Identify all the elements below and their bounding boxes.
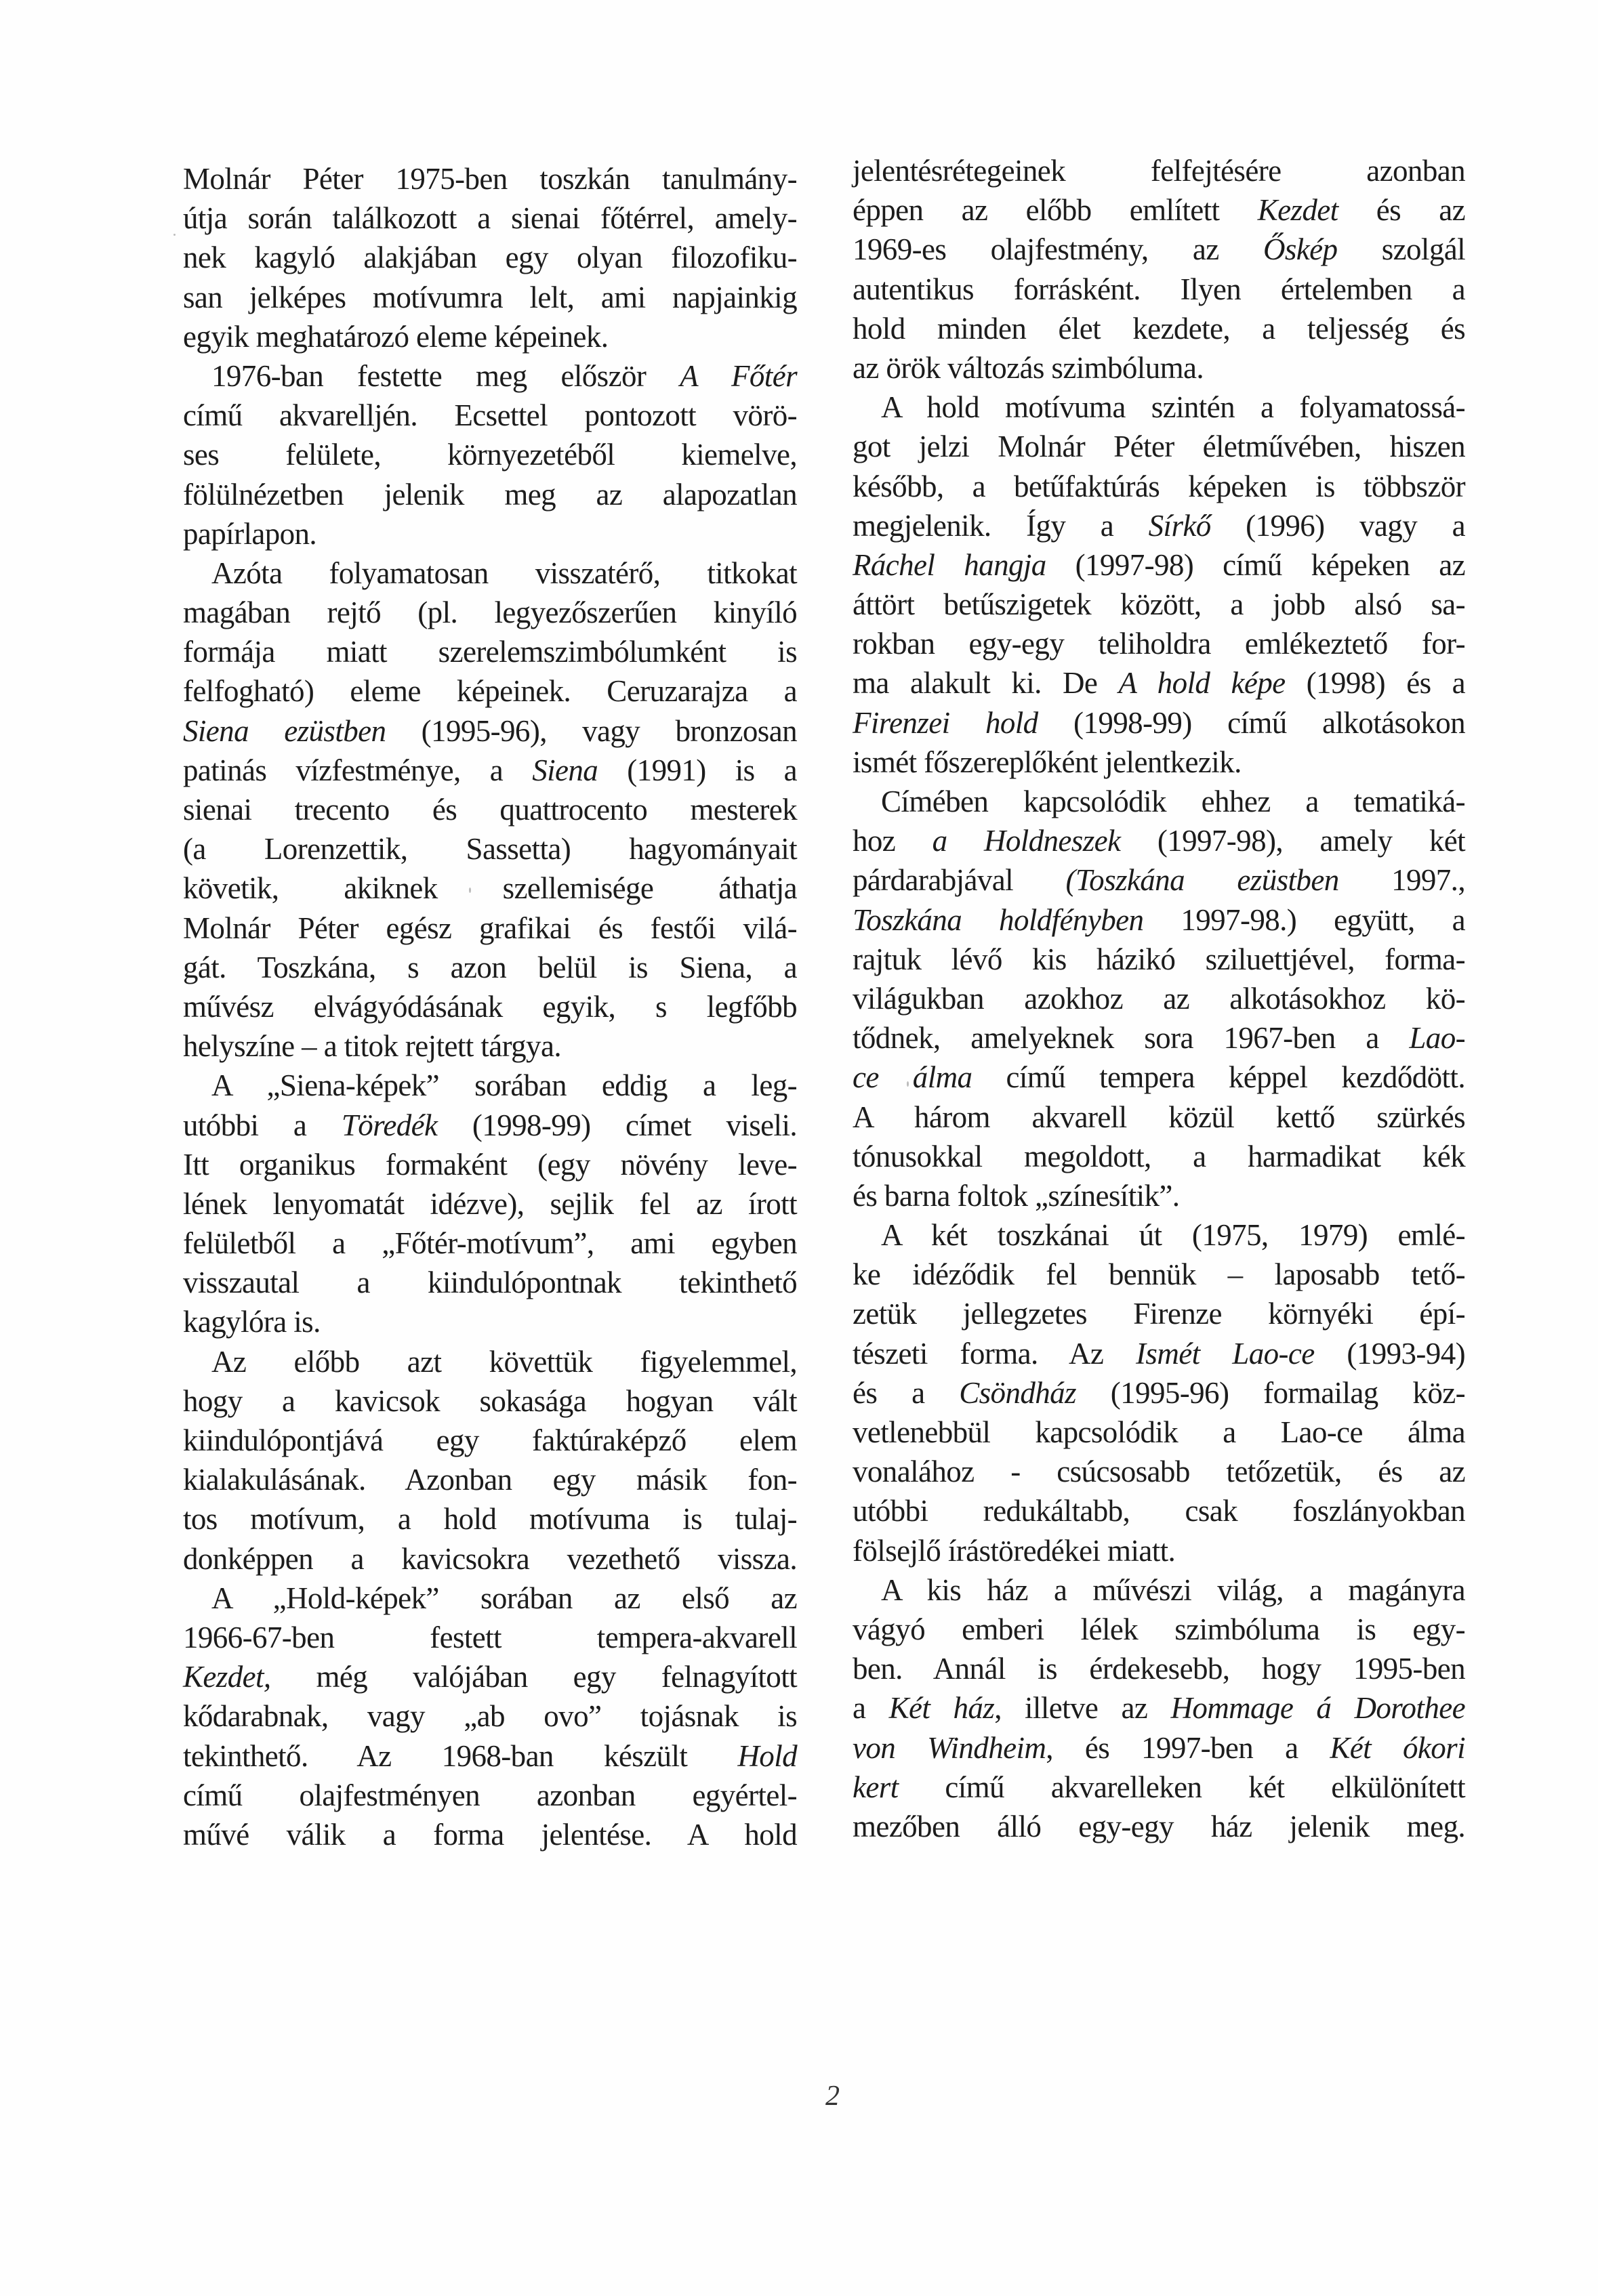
scan-speck (469, 888, 471, 893)
text-line: ma alakult ki. De A hold képe (1998) és … (853, 663, 1465, 703)
text-line: című akvarelljén. Ecsettel pontozott vör… (183, 396, 797, 435)
text-line: hold minden élet kezdete, a teljesség és (853, 309, 1465, 348)
artwork-title: Sírkő (1149, 509, 1211, 543)
text-line: rokban egy-egy teliholdra emlékeztető fo… (853, 624, 1465, 663)
text-line: von Windheim, és 1997-ben a Két ókori (853, 1728, 1465, 1768)
text-segment: hogy a kavicsok sokasága hogyan vált (183, 1384, 797, 1418)
text-segment: A „Siena-képek” sorában eddig a leg- (211, 1068, 797, 1102)
text-line: san jelképes motívumra lelt, ami napjain… (183, 278, 797, 317)
text-segment: (1998) és a (1285, 666, 1465, 700)
text-line: kődarabnak, vagy „ab ovo” tojásnak is (183, 1696, 797, 1736)
text-segment: utóbbi a (183, 1108, 342, 1142)
text-line: Itt organikus formaként (egy növény leve… (183, 1145, 797, 1184)
text-line: fölülnézetben jelenik meg az alapozatlan (183, 475, 797, 514)
text-line: vetlenebbül kapcsolódik a Lao-ce álma (853, 1413, 1465, 1452)
text-line: tos motívum, a hold motívuma is tulaj- (183, 1499, 797, 1539)
text-segment: nek kagyló alakjában egy olyan filozofik… (183, 241, 797, 274)
text-line: ke idéződik fel bennük – laposabb tető- (853, 1255, 1465, 1294)
text-line: és a Csöndház (1995-96) formailag köz- (853, 1373, 1465, 1413)
text-segment: ben. Annál is érdekesebb, hogy 1995-ben (853, 1652, 1465, 1686)
artwork-title: Két ház (889, 1691, 995, 1725)
text-segment: A két toszkánai út (1975, 1979) emlé- (881, 1218, 1465, 1252)
text-segment: mezőben álló egy-egy ház jelenik meg. (853, 1810, 1465, 1843)
text-line: felfogható) eleme képeinek. Ceruzarajza … (183, 671, 797, 711)
text-line: Molnár Péter egész grafikai és festői vi… (183, 909, 797, 948)
text-segment: tos motívum, a hold motívuma is tulaj- (183, 1502, 797, 1536)
text-segment: vágyó emberi lélek szimbóluma is egy- (853, 1612, 1465, 1646)
scan-speck (907, 1081, 909, 1087)
artwork-title: Ráchel hangja (853, 548, 1046, 582)
text-segment: című olajfestményen azonban egyértel- (183, 1778, 797, 1812)
artwork-title: Ismét Lao-ce (1136, 1337, 1315, 1371)
artwork-title: Siena (532, 753, 598, 787)
text-line: követik, akiknek szellemisége áthatja (183, 869, 797, 908)
text-segment: szolgál (1337, 232, 1465, 266)
text-segment: áttört betűszigetek között, a jobb alsó … (853, 587, 1465, 621)
text-segment: autentikus forrásként. Ilyen értelemben … (853, 272, 1465, 306)
text-segment: felfogható) eleme képeinek. Ceruzarajza … (183, 674, 797, 708)
text-segment: az örök változás szimbóluma. (853, 351, 1204, 385)
text-segment: kialakulásának. Azonban egy másik fon- (183, 1463, 797, 1497)
artwork-title: Töredék (342, 1108, 438, 1142)
text-segment: párdarabjával (853, 863, 1066, 897)
artwork-title: Csöndház (959, 1376, 1076, 1410)
text-line: 1966-67-ben festett tempera-akvarell (183, 1618, 797, 1657)
text-line: zetük jellegzetes Firenze környéki épí- (853, 1294, 1465, 1333)
text-line: művész elvágyódásának egyik, s legfőbb (183, 987, 797, 1026)
text-segment: A „Hold-képek” sorában az első az (211, 1581, 797, 1615)
text-segment: helyszíne – a titok rejtett tárgya. (183, 1029, 561, 1063)
text-segment: Címében kapcsolódik ehhez a tematiká- (881, 785, 1465, 818)
text-segment: művész elvágyódásának egyik, s legfőbb (183, 990, 797, 1024)
text-line: autentikus forrásként. Ilyen értelemben … (853, 270, 1465, 309)
text-segment: jelentésrétegeinek felfejtésére azonban (853, 154, 1465, 188)
text-segment: fölsejlő írástöredékei miatt. (853, 1534, 1175, 1568)
artwork-title: Hommage á Dorothee (1170, 1691, 1465, 1725)
text-line: vonalához - csúcsosabb tetőzetük, és az (853, 1452, 1465, 1491)
text-line: című olajfestményen azonban egyértel- (183, 1776, 797, 1815)
text-line: jelentésrétegeinek felfejtésére azonban (853, 151, 1465, 190)
artwork-title: Siena ezüstben (183, 714, 386, 748)
text-line: utóbbi a Töredék (1998-99) címet viseli. (183, 1106, 797, 1145)
text-segment: és barna foltok „színesítik”. (853, 1179, 1179, 1213)
text-line: sienai trecento és quattrocento mesterek (183, 790, 797, 829)
text-line: útja során találkozott a sienai főtérrel… (183, 199, 797, 238)
text-segment: Azóta folyamatosan visszatérő, titkokat (211, 556, 797, 590)
text-line: éppen az előbb említett Kezdet és az (853, 190, 1465, 230)
text-line: utóbbi redukáltabb, csak foszlányokban (853, 1491, 1465, 1530)
artwork-title: Kezdet (1258, 193, 1338, 227)
text-column-left: Molnár Péter 1975-ben toszkán tanulmány-… (183, 159, 797, 1854)
text-line: A „Siena-képek” sorában eddig a leg- (183, 1066, 797, 1105)
text-line: Ráchel hangja (1997-98) című képeken az (853, 545, 1465, 585)
text-line: got jelzi Molnár Péter életművében, hisz… (853, 427, 1465, 466)
text-line: egyik meghatározó eleme képeinek. (183, 317, 797, 356)
text-segment: című tempera képpel kezdődött. (972, 1060, 1465, 1094)
artwork-title: ce álma (853, 1060, 972, 1094)
text-segment: hoz (853, 824, 933, 858)
text-segment: donképpen a kavicsokra vezethető vissza. (183, 1542, 797, 1576)
text-segment: sienai trecento és quattrocento mesterek (183, 793, 797, 827)
text-segment: rajtuk lévő kis házikó sziluettjével, fo… (853, 942, 1465, 976)
text-line: tődnek, amelyeknek sora 1967-ben a Lao- (853, 1018, 1465, 1058)
text-segment: (1998-99) című alkotásokon (1038, 706, 1465, 740)
text-segment: (1993-94) (1315, 1337, 1465, 1371)
text-segment: egyik meghatározó eleme képeinek. (183, 320, 608, 354)
text-segment: és az (1338, 193, 1465, 227)
artwork-title: Őskép (1263, 232, 1337, 266)
text-segment: fölülnézetben jelenik meg az alapozatlan (183, 478, 797, 512)
text-line: A kis ház a művészi világ, a magányra (853, 1570, 1465, 1610)
text-segment: got jelzi Molnár Péter életművében, hisz… (853, 430, 1465, 463)
artwork-title: Kezdet, (183, 1660, 271, 1694)
artwork-title: kert (853, 1770, 899, 1804)
text-segment: gát. Toszkána, s azon belül is Siena, a (183, 951, 797, 984)
text-segment: kődarabnak, vagy „ab ovo” tojásnak is (183, 1699, 797, 1733)
text-line: kagylóra is. (183, 1302, 797, 1341)
text-segment: kiindulópontjává egy faktúraképző elem (183, 1423, 797, 1457)
document-page: Molnár Péter 1975-ben toszkán tanulmány-… (0, 0, 1598, 2296)
text-line: patinás vízfestménye, a Siena (1991) is … (183, 751, 797, 790)
text-segment: éppen az előbb említett (853, 193, 1258, 227)
text-segment: , illetve az (994, 1691, 1170, 1725)
text-line: megjelenik. Így a Sírkő (1996) vagy a (853, 506, 1465, 545)
text-line: felületből a „Főtér-motívum”, ami egyben (183, 1224, 797, 1263)
text-segment: rokban egy-egy teliholdra emlékeztető fo… (853, 627, 1465, 661)
text-segment: felületből a „Főtér-motívum”, ami egyben (183, 1226, 797, 1260)
text-line: Az előbb azt követtük figyelemmel, (183, 1342, 797, 1381)
text-line: Azóta folyamatosan visszatérő, titkokat (183, 554, 797, 593)
text-segment: követik, akiknek szellemisége áthatja (183, 871, 797, 905)
text-line: A három akvarell közül kettő szürkés (853, 1098, 1465, 1137)
text-line: A hold motívuma szintén a folyamatossá- (853, 388, 1465, 427)
text-segment: (1991) is a (598, 753, 797, 787)
text-line: ismét főszereplőként jelentkezik. (853, 743, 1465, 782)
text-line: donképpen a kavicsokra vezethető vissza. (183, 1539, 797, 1579)
text-line: művé válik a forma jelentése. A hold (183, 1815, 797, 1854)
text-line: kialakulásának. Azonban egy másik fon- (183, 1460, 797, 1499)
text-line: mezőben álló egy-egy ház jelenik meg. (853, 1807, 1465, 1846)
text-segment: és a (853, 1376, 959, 1410)
text-line: visszautal a kiindulópontnak tekinthető (183, 1263, 797, 1302)
text-line: A két toszkánai út (1975, 1979) emlé- (853, 1215, 1465, 1255)
text-segment: (1997-98), amely két (1120, 824, 1465, 858)
text-segment: (1998-99) címet viseli. (437, 1108, 797, 1142)
text-line: ben. Annál is érdekesebb, hogy 1995-ben (853, 1649, 1465, 1688)
text-segment: Az előbb azt követtük figyelemmel, (211, 1345, 797, 1379)
text-column-right: jelentésrétegeinek felfejtésére azonbané… (853, 151, 1465, 1846)
text-segment: lének lenyomatát idézve), sejlik fel az … (183, 1187, 797, 1221)
text-segment: (1995-96), vagy bronzosan (386, 714, 797, 748)
text-line: Kezdet, még valójában egy felnagyított (183, 1657, 797, 1696)
artwork-title: A Főtér (680, 359, 797, 393)
text-segment: kagylóra is. (183, 1305, 321, 1339)
text-line: Firenzei hold (1998-99) című alkotásokon (853, 703, 1465, 743)
text-line: tónusokkal megoldott, a harmadikat kék (853, 1137, 1465, 1176)
text-segment: ses felülete, környezetéből kiemelve, (183, 438, 797, 472)
text-segment: A kis ház a művészi világ, a magányra (881, 1573, 1465, 1607)
text-segment: 1997., (1339, 863, 1465, 897)
text-segment: Molnár Péter egész grafikai és festői vi… (183, 911, 797, 945)
text-segment: tészeti forma. Az (853, 1337, 1136, 1371)
text-segment: 1966-67-ben festett tempera-akvarell (183, 1621, 797, 1654)
artwork-title: von Windheim (853, 1731, 1046, 1765)
text-segment: művé válik a forma jelentése. A hold (183, 1818, 797, 1852)
text-line: áttört betűszigetek között, a jobb alsó … (853, 585, 1465, 624)
text-segment: visszautal a kiindulópontnak tekinthető (183, 1266, 797, 1299)
text-segment: tekinthető. Az 1968-ban készült (183, 1739, 737, 1773)
text-segment: magában rejtő (pl. legyezőszerűen kinyíl… (183, 596, 797, 629)
page-number: 2 (825, 2080, 840, 2112)
text-line: fölsejlő írástöredékei miatt. (853, 1531, 1465, 1570)
artwork-title: Lao- (1409, 1021, 1465, 1055)
text-segment: tődnek, amelyeknek sora 1967-ben a (853, 1021, 1409, 1055)
text-segment: hold minden élet kezdete, a teljesség és (853, 312, 1465, 346)
text-line: az örök változás szimbóluma. (853, 348, 1465, 388)
text-line: Toszkána holdfényben 1997-98.) együtt, a (853, 900, 1465, 940)
text-segment: Molnár Péter 1975-ben toszkán tanulmány- (183, 162, 797, 196)
text-segment: vonalához - csúcsosabb tetőzetük, és az (853, 1455, 1465, 1488)
artwork-title: Firenzei hold (853, 706, 1038, 740)
text-segment: a (853, 1691, 889, 1725)
text-segment: A három akvarell közül kettő szürkés (853, 1100, 1465, 1134)
text-line: Siena ezüstben (1995-96), vagy bronzosan (183, 711, 797, 751)
text-line: A „Hold-képek” sorában az első az (183, 1579, 797, 1618)
text-segment: 1976-ban festette meg először (211, 359, 680, 393)
text-segment: később, a betűfaktúrás képeken is többsz… (853, 469, 1465, 503)
text-segment: utóbbi redukáltabb, csak foszlányokban (853, 1494, 1465, 1528)
text-line: Molnár Péter 1975-ben toszkán tanulmány- (183, 159, 797, 199)
text-line: hoz a Holdneszek (1997-98), amely két (853, 821, 1465, 860)
text-line: 1976-ban festette meg először A Főtér (183, 356, 797, 396)
text-line: párdarabjával (Toszkána ezüstben 1997., (853, 860, 1465, 900)
text-line: világukban azokhoz az alkotásokhoz kö- (853, 979, 1465, 1018)
text-segment: Itt organikus formaként (egy növény leve… (183, 1148, 797, 1182)
artwork-title: a Holdneszek (933, 824, 1121, 858)
text-line: és barna foltok „színesítik”. (853, 1176, 1465, 1215)
artwork-title: (Toszkána ezüstben (1066, 863, 1339, 897)
text-segment: zetük jellegzetes Firenze környéki épí- (853, 1297, 1465, 1331)
artwork-title: Két ókori (1330, 1731, 1465, 1765)
text-line: (a Lorenzettik, Sassetta) hagyományait (183, 829, 797, 869)
text-segment: című akvarelleken két elkülönített (899, 1770, 1465, 1804)
text-segment: 1997-98.) együtt, a (1143, 903, 1465, 937)
text-line: 1969-es olajfestmény, az Őskép szolgál (853, 230, 1465, 269)
text-line: rajtuk lévő kis házikó sziluettjével, fo… (853, 940, 1465, 979)
text-segment: tónusokkal megoldott, a harmadikat kék (853, 1140, 1465, 1173)
text-segment: A hold motívuma szintén a folyamatossá- (881, 390, 1465, 424)
text-line: formája miatt szerelemszimbólumként is (183, 632, 797, 671)
text-line: papírlapon. (183, 514, 797, 554)
text-segment: vetlenebbül kapcsolódik a Lao-ce álma (853, 1415, 1465, 1449)
text-line: ce álma című tempera képpel kezdődött. (853, 1058, 1465, 1097)
text-segment: (1995-96) formailag köz- (1076, 1376, 1465, 1410)
artwork-title: Toszkána holdfényben (853, 903, 1143, 937)
text-segment: világukban azokhoz az alkotásokhoz kö- (853, 982, 1465, 1016)
text-line: kiindulópontjává egy faktúraképző elem (183, 1421, 797, 1460)
text-line: ses felülete, környezetéből kiemelve, (183, 435, 797, 474)
text-segment: (a Lorenzettik, Sassetta) hagyományait (183, 832, 797, 866)
text-segment: patinás vízfestménye, a (183, 753, 532, 787)
text-line: tekinthető. Az 1968-ban készült Hold (183, 1736, 797, 1776)
text-line: vágyó emberi lélek szimbóluma is egy- (853, 1610, 1465, 1649)
text-segment: , és 1997-ben a (1046, 1731, 1330, 1765)
text-line: kert című akvarelleken két elkülönített (853, 1768, 1465, 1807)
text-segment: című akvarelljén. Ecsettel pontozott vör… (183, 398, 797, 432)
text-segment: san jelképes motívumra lelt, ami napjain… (183, 280, 797, 314)
text-line: hogy a kavicsok sokasága hogyan vált (183, 1381, 797, 1421)
text-line: tészeti forma. Az Ismét Lao-ce (1993-94) (853, 1334, 1465, 1373)
text-segment: ismét főszereplőként jelentkezik. (853, 745, 1242, 779)
text-segment: (1996) vagy a (1211, 509, 1465, 543)
artwork-title: A hold képe (1118, 666, 1285, 700)
text-line: lének lenyomatát idézve), sejlik fel az … (183, 1184, 797, 1224)
text-line: a Két ház, illetve az Hommage á Dorothee (853, 1688, 1465, 1728)
text-segment: 1969-es olajfestmény, az (853, 232, 1263, 266)
text-segment: még valójában egy felnagyított (271, 1660, 797, 1694)
text-line: nek kagyló alakjában egy olyan filozofik… (183, 238, 797, 277)
text-segment: formája miatt szerelemszimbólumként is (183, 635, 797, 669)
scan-speck (173, 234, 176, 236)
text-line: gát. Toszkána, s azon belül is Siena, a (183, 948, 797, 987)
text-segment: (1997-98) című képeken az (1046, 548, 1465, 582)
text-line: magában rejtő (pl. legyezőszerűen kinyíl… (183, 593, 797, 632)
text-segment: megjelenik. Így a (853, 509, 1149, 543)
text-line: Címében kapcsolódik ehhez a tematiká- (853, 782, 1465, 821)
text-segment: ke idéződik fel bennük – laposabb tető- (853, 1257, 1465, 1291)
artwork-title: Hold (737, 1739, 797, 1773)
text-segment: útja során találkozott a sienai főtérrel… (183, 201, 797, 235)
text-segment: papírlapon. (183, 517, 316, 551)
text-line: később, a betűfaktúrás képeken is többsz… (853, 467, 1465, 506)
text-line: helyszíne – a titok rejtett tárgya. (183, 1026, 797, 1066)
text-segment: ma alakult ki. De (853, 666, 1118, 700)
